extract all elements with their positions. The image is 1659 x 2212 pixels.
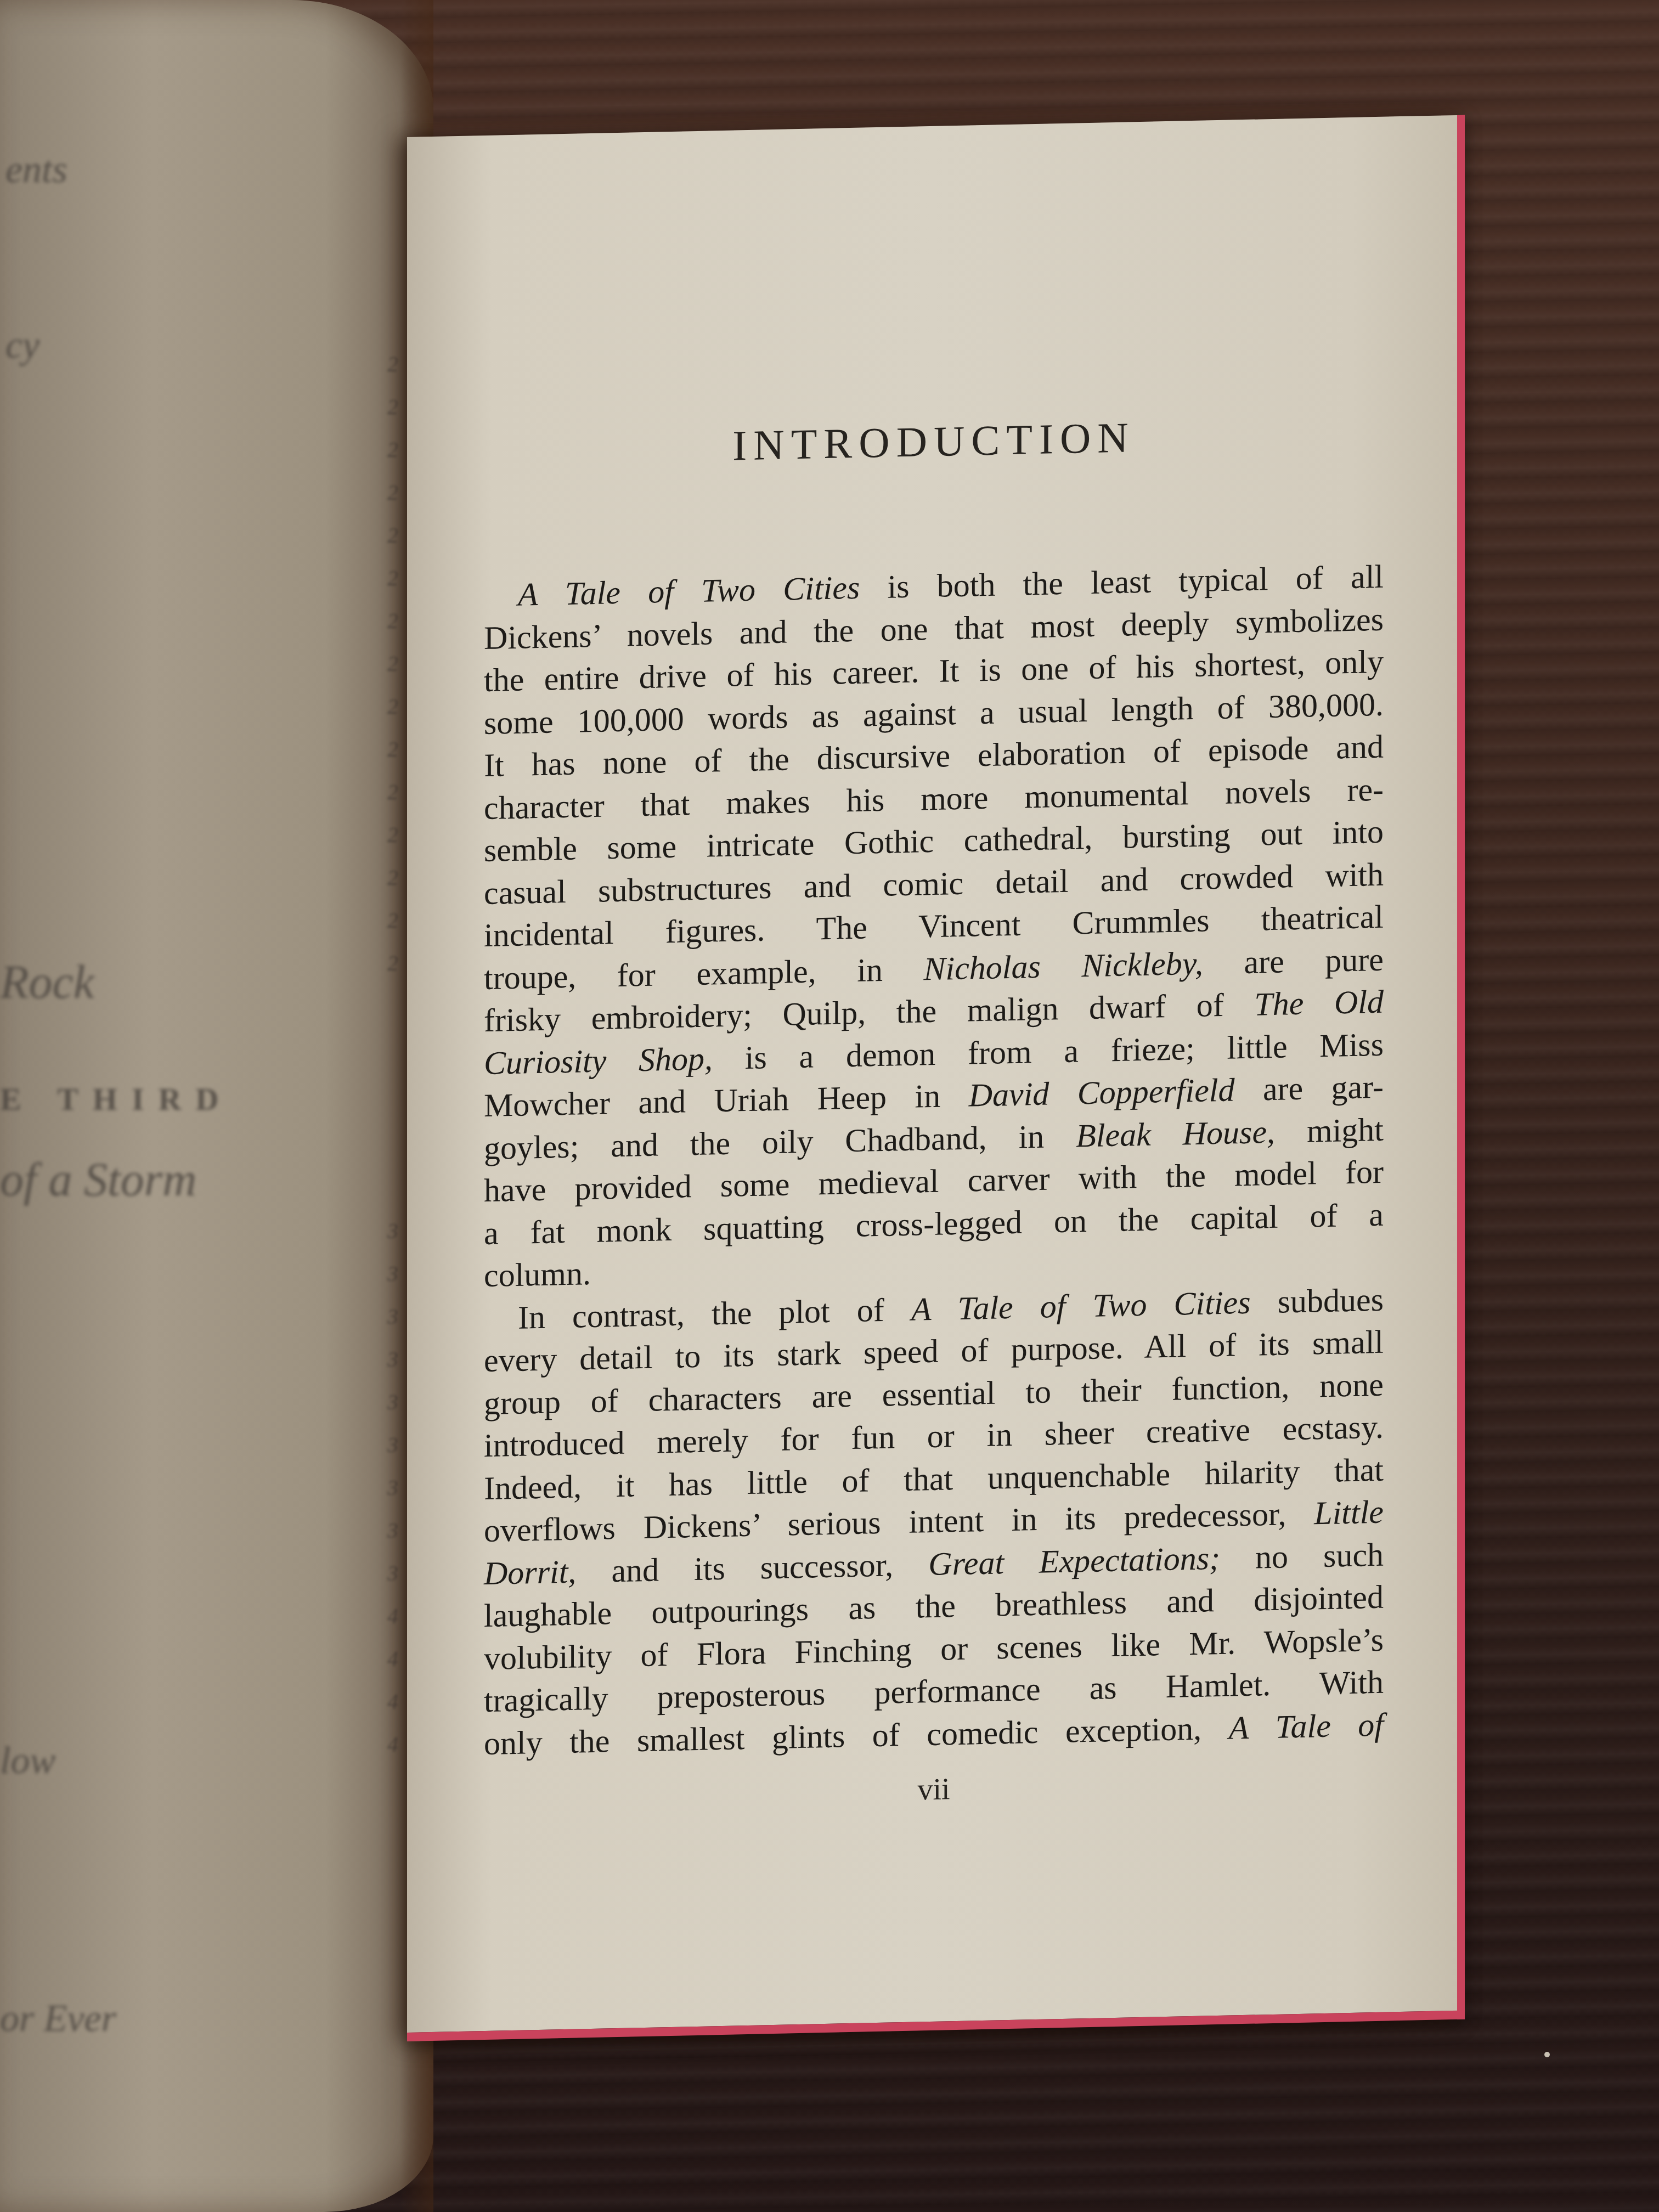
left-page-number-fragment: 2 — [387, 693, 398, 719]
body-text: A Tale of Two Cities is both the least t… — [484, 556, 1384, 1765]
left-page-heading-fragment: ents — [5, 148, 67, 192]
left-page-number-fragment: 2 — [387, 736, 398, 762]
left-page-number-fragment: 2 — [387, 779, 398, 805]
left-page-number-fragment: 2 — [387, 394, 398, 420]
left-page-number-fragment: 4 — [387, 1689, 398, 1714]
paragraph: A Tale of Two Cities is both the least t… — [484, 556, 1384, 1297]
left-page-number-fragment: 3 — [387, 1517, 398, 1543]
left-page-number-fragment: 4 — [387, 1646, 398, 1672]
left-page-number-fragment: 3 — [387, 1389, 398, 1415]
left-page-heading-fragment: cy — [5, 324, 39, 368]
left-page-number-fragment: 4 — [387, 1731, 398, 1757]
left-page-number-fragment: 2 — [387, 822, 398, 848]
left-page-number-fragment: 2 — [387, 437, 398, 462]
left-page-number-fragment: 4 — [387, 1603, 398, 1629]
left-page-heading-fragment: or Ever — [0, 1997, 116, 2041]
left-page-number-fragment: 2 — [387, 351, 398, 377]
page-heading: INTRODUCTION — [544, 409, 1323, 475]
page-content: INTRODUCTION A Tale of Two Cities is bot… — [484, 117, 1384, 136]
left-page-number-fragment: 2 — [387, 651, 398, 676]
left-page-number-fragment: 2 — [387, 865, 398, 890]
left-page-number-fragment: 2 — [387, 479, 398, 505]
left-page-heading-fragment: low — [0, 1739, 55, 1783]
left-page-number-fragment: 3 — [387, 1346, 398, 1372]
dust-speck — [1544, 2052, 1550, 2057]
left-page-heading-fragment: Rock — [0, 955, 94, 1009]
left-page-number-fragment: 3 — [387, 1560, 398, 1586]
page-number: vii — [484, 1763, 1384, 1816]
left-page-number-fragment: 2 — [387, 950, 398, 976]
right-page: INTRODUCTION A Tale of Two Cities is bot… — [407, 115, 1465, 2041]
left-page: entscyRockE THIRDof a Stormlowor Ever 22… — [0, 0, 433, 2212]
left-page-number-fragment: 3 — [387, 1475, 398, 1500]
left-page-number-fragment: 2 — [387, 907, 398, 933]
left-page-number-fragment: 3 — [387, 1218, 398, 1244]
left-page-number-fragment: 3 — [387, 1261, 398, 1286]
left-page-number-fragment: 2 — [387, 608, 398, 634]
paragraph: In contrast, the plot of A Tale of Two C… — [484, 1278, 1384, 1765]
left-page-number-fragment: 2 — [387, 565, 398, 591]
left-page-heading-fragment: of a Storm — [0, 1152, 196, 1207]
left-page-heading-fragment: E THIRD — [0, 1081, 233, 1118]
left-page-number-fragment: 3 — [387, 1304, 398, 1329]
left-page-number-fragment: 2 — [387, 522, 398, 548]
left-page-number-fragment: 3 — [387, 1432, 398, 1458]
